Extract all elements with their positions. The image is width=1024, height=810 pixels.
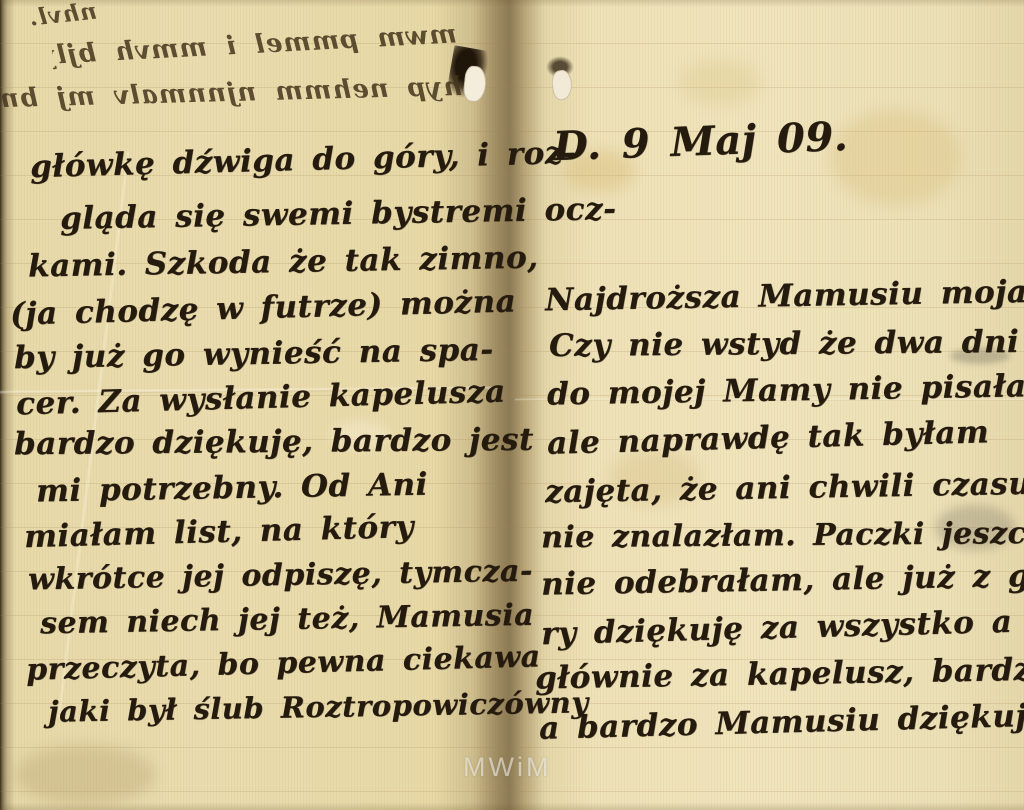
right-page-line: do mojej Mamy nie pisałam, (547, 367, 1024, 412)
left-page-line: główkę dźwiga do góry, i roz- (30, 135, 577, 185)
left-page-line: miałam list, na który (24, 509, 415, 555)
bleedthrough-line: hyp nehmm njnnmalv mj bmrho nvla= (2, 72, 463, 114)
paper-sheet: nhvl. mwm pmmel i mmvh bjly n myaph= hyp… (0, 0, 1024, 810)
left-page-line: przeczyta, bo pewna ciekawa (26, 639, 541, 687)
left-page-line: by już go wynieść na spa- (14, 332, 494, 376)
left-page-line: cer. Za wysłanie kapelusza (16, 374, 506, 423)
bleedthrough-line: nhvl. (11, 0, 98, 33)
right-page-line: ale naprawdę tak byłam (547, 414, 990, 462)
watermark-text: MWiM (463, 752, 551, 783)
right-page-line: głównie za kapelusz, bardzo (535, 651, 1024, 696)
date-line: D. 9 Maj 09. (552, 113, 849, 170)
left-page-line: (ja chodzę w futrze) można (10, 283, 517, 332)
right-page-line: ry dziękuję za wszystko a (541, 604, 1013, 652)
right-page-line: Czy nie wstyd że dwa dni (549, 324, 1019, 364)
scanned-letter: nhvl. mwm pmmel i mmvh bjly n myaph= hyp… (0, 0, 1024, 810)
left-page-line: sem niech jej też, Mamusia (40, 598, 535, 642)
right-page-line: a bardzo Mamusiu dziękuję. (539, 697, 1024, 747)
bleedthrough-line: mwm pmmel i mmvh bjly n myaph= (51, 19, 457, 70)
salutation-line: Najdroższa Mamusiu moja! (545, 274, 1024, 319)
right-page-line: nie odebrałam, ale już z gó- (541, 557, 1024, 602)
right-page-line: zajęta, że ani chwili czasu (545, 466, 1024, 510)
right-page: D. 9 Maj 09. Najdroższa Mamusiu moja! Cz… (505, 0, 1024, 810)
left-page: nhvl. mwm pmmel i mmvh bjly n myaph= hyp… (0, 0, 505, 810)
left-page-line: kami. Szkoda że tak zimno, (28, 240, 539, 285)
left-page-line: wkrótce jej odpiszę, tymcza- (28, 554, 533, 598)
right-page-line: nie znalazłam. Paczki jeszcze (541, 516, 1024, 556)
left-page-line: bardzo dziękuję, bardzo jest (14, 422, 534, 463)
left-page-line: mi potrzebny. Od Ani (36, 467, 428, 510)
